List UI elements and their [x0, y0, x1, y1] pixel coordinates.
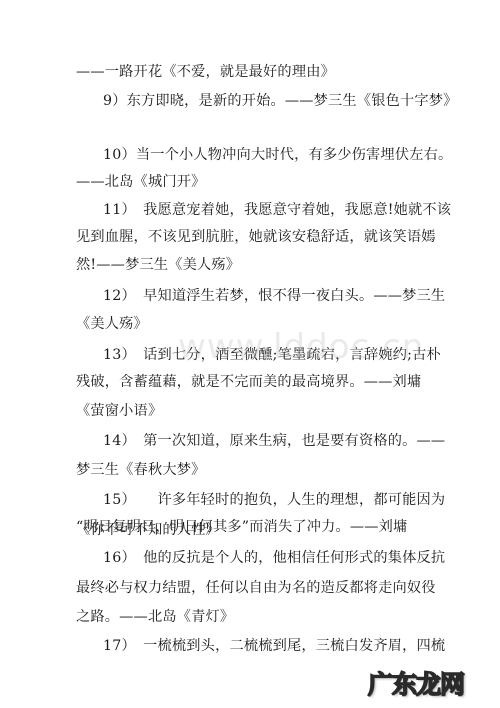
text-line: 17） 一梳梳到头，二梳梳到尾，三梳白发齐眉，四梳: [103, 637, 445, 655]
text-line: 13） 话到七分，酒至微醺;笔墨疏宕，言辞婉约;古朴: [103, 346, 441, 364]
text-line: 最终必与权力结盟，任何以自由为名的造反都将走向奴役: [76, 579, 436, 597]
text-line: 见到血腥，不该见到肮脏，她就该安稳舒适，就该笑语嫣: [76, 228, 436, 246]
document-page: ——一路开花《不爱，就是最好的理由》9）东方即晓，是新的开始。——梦三生《银色十…: [0, 0, 500, 708]
text-line: ——一路开花《不爱，就是最好的理由》: [76, 63, 335, 81]
text-line: 11） 我愿意宠着她，我愿意守着她，我愿意!她就不该: [103, 201, 451, 219]
text-line: ——北岛《城门开》: [76, 173, 206, 191]
site-logo: 广东龙网: [368, 665, 464, 701]
text-line: 10）当一个小人物冲向大时代，有多少伤害埋伏左右。: [103, 146, 452, 164]
text-line: 之路。——北岛《青灯》: [76, 608, 234, 626]
text-line: 15） 许多年轻时的抱负，人生的理想，都可能因为: [103, 491, 445, 509]
text-line: 9）东方即晓，是新的开始。——梦三生《银色十字梦》: [103, 92, 458, 110]
text-line: 《美人殇》: [76, 315, 148, 333]
text-line: 12） 早知道浮生若梦，恨不得一夜白头。——梦三生: [103, 287, 445, 305]
text-line: 16） 他的反抗是个人的，他相信任何形式的集体反抗: [103, 549, 445, 567]
text-line: 残破，含蓄蕴藉，就是不完而美的最高境界。——刘墉: [76, 373, 421, 391]
text-line: 梦三生《春秋大梦》: [76, 461, 206, 479]
text-line: 《你不可不知的人性》: [76, 521, 220, 539]
text-line: 14） 第一次知道，原来生病，也是要有资格的。——: [103, 432, 445, 450]
text-line: 《萤窗小语》: [76, 402, 162, 420]
text-line: 然!——梦三生《美人殇》: [76, 256, 240, 274]
